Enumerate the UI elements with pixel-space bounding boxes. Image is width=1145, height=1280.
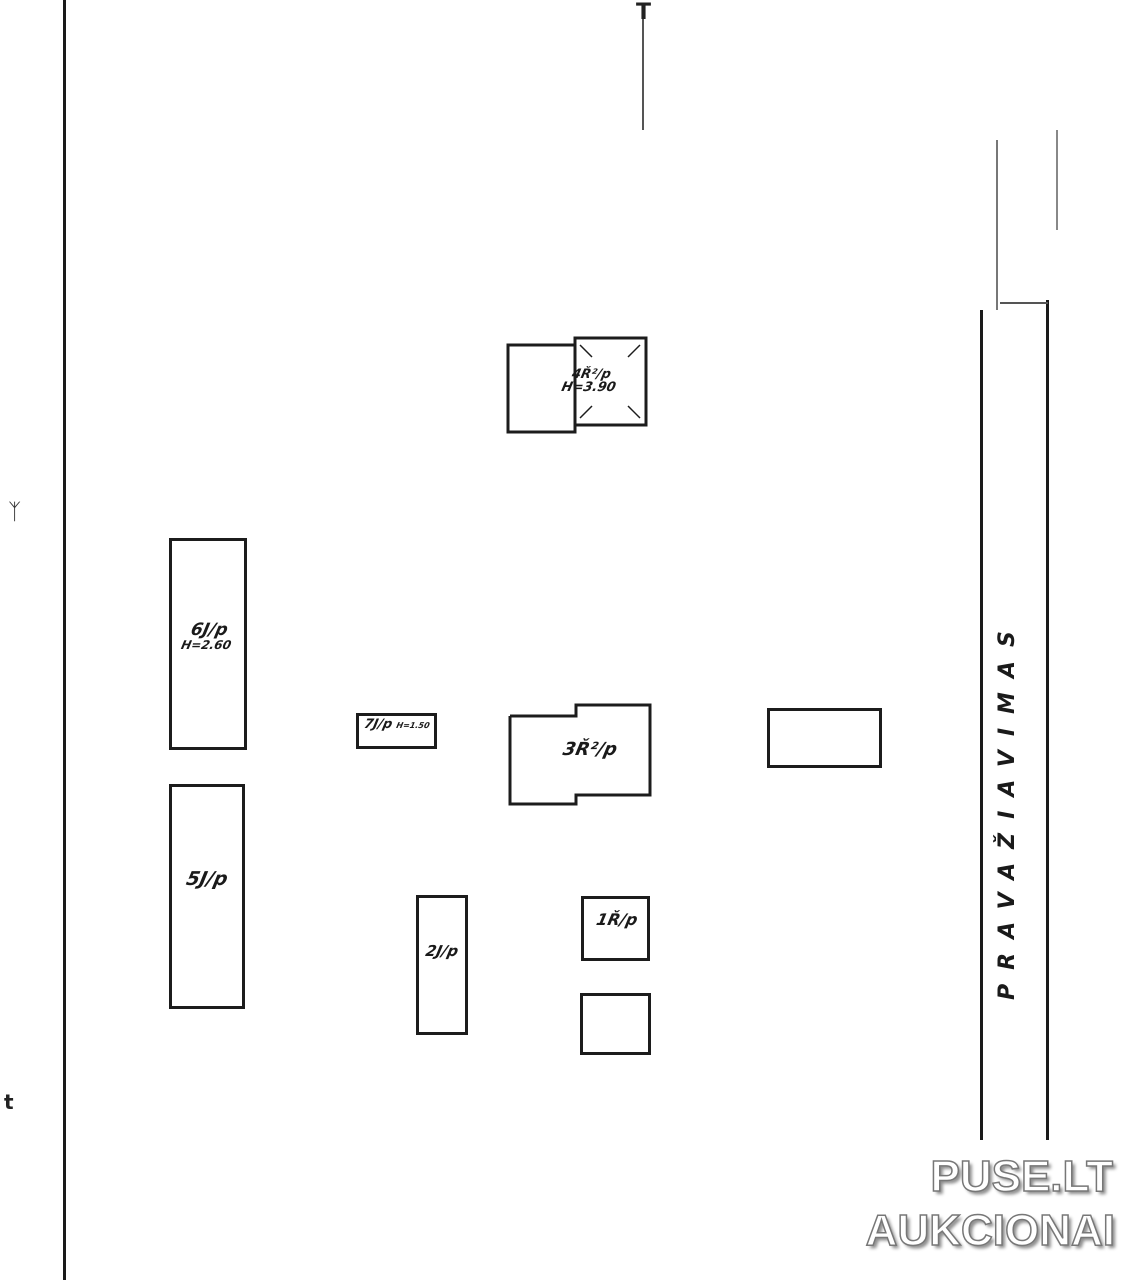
watermark-line1: PUSE.LT: [930, 1152, 1113, 1202]
building-unlabeled-south: [580, 993, 651, 1055]
building-3-label-line1: 3Ř²/p: [561, 739, 619, 760]
building-4-label: 4Ř²/p H=3.90: [537, 368, 643, 394]
building-6-label-line1: 6J/p: [163, 622, 255, 639]
margin-mark: ᛉ: [8, 500, 21, 525]
building-2-label: 2J/p: [412, 944, 471, 959]
building-1-label-line1: 1Ř/p: [595, 910, 640, 929]
building-2-label-line1: 2J/p: [424, 942, 460, 960]
building-3-label: 3Ř²/p: [538, 741, 642, 759]
margin-mark: t: [4, 1090, 14, 1114]
watermark-line2: AUKCIONAI: [866, 1206, 1115, 1256]
building-6-label: 6J/p H=2.60: [161, 622, 255, 651]
building-4-label-line2: H=3.90: [537, 381, 640, 394]
building-7-label-line2: H=1.50: [395, 721, 430, 730]
building-unlabeled-east: [767, 708, 882, 768]
building-6-label-line2: H=2.60: [161, 639, 252, 651]
building-7-label-line1: 7J/p: [363, 717, 394, 732]
building-5-label: 5J/p: [162, 870, 252, 889]
building-2: [416, 895, 468, 1035]
building-1-label: 1Ř/p: [584, 912, 649, 928]
building-5: [169, 784, 245, 1009]
building-7-label: 7J/p H=1.50: [357, 718, 438, 731]
building-5-label-line1: 5J/p: [184, 868, 230, 890]
